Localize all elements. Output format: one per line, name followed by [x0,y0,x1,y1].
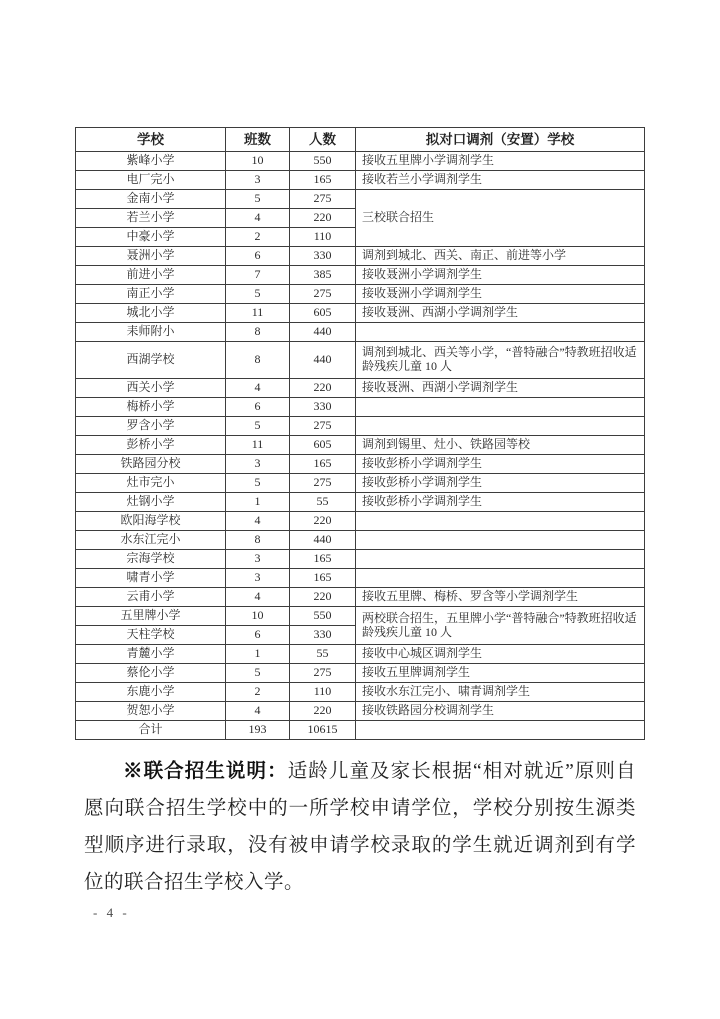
cell-classes: 5 [226,664,290,683]
table-row: 前进小学7385接收聂洲小学调剂学生 [76,266,645,285]
cell-school: 城北小学 [76,304,226,323]
cell-school: 青麓小学 [76,645,226,664]
enrollment-table: 学校 班数 人数 拟对口调剂（安置）学校 紫峰小学10550接收五里牌小学调剂学… [75,127,645,740]
cell-students: 110 [290,683,356,702]
cell-school: 啸青小学 [76,569,226,588]
table-row: 水东江完小8440 [76,531,645,550]
cell-remark: 接收五里牌调剂学生 [356,664,645,683]
table-row: 东鹿小学2110接收水东江完小、啸青调剂学生 [76,683,645,702]
cell-school: 西关小学 [76,379,226,398]
cell-school: 宗海学校 [76,550,226,569]
cell-school: 天柱学校 [76,626,226,645]
table-row: 西关小学4220接收聂洲、西湖小学调剂学生 [76,379,645,398]
cell-classes: 6 [226,247,290,266]
cell-classes: 3 [226,171,290,190]
table-row: 青麓小学155接收中心城区调剂学生 [76,645,645,664]
cell-students: 605 [290,436,356,455]
cell-school: 水东江完小 [76,531,226,550]
cell-students: 55 [290,645,356,664]
cell-remark: 接收铁路园分校调剂学生 [356,702,645,721]
cell-students: 220 [290,209,356,228]
cell-school: 欧阳海学校 [76,512,226,531]
cell-school: 前进小学 [76,266,226,285]
cell-classes: 2 [226,683,290,702]
cell-school: 五里牌小学 [76,607,226,626]
cell-school: 灶市完小 [76,474,226,493]
cell-school: 合计 [76,721,226,740]
cell-classes: 5 [226,285,290,304]
table-total-row: 合计19310615 [76,721,645,740]
cell-students: 110 [290,228,356,247]
cell-remark: 接收若兰小学调剂学生 [356,171,645,190]
cell-school: 铁路园分校 [76,455,226,474]
cell-remark: 三校联合招生 [356,190,645,247]
cell-school: 云甫小学 [76,588,226,607]
cell-students: 10615 [290,721,356,740]
cell-remark [356,398,645,417]
table-row: 罗含小学5275 [76,417,645,436]
cell-students: 440 [290,342,356,379]
table-row: 贺恕小学4220接收铁路园分校调剂学生 [76,702,645,721]
cell-students: 605 [290,304,356,323]
cell-classes: 1 [226,645,290,664]
table-row: 西湖学校8440调剂到城北、西关等小学，“普特融合”特教班招收适龄残疾儿童 10… [76,342,645,379]
cell-classes: 8 [226,342,290,379]
cell-classes: 4 [226,209,290,228]
cell-classes: 6 [226,398,290,417]
cell-remark: 调剂到锡里、灶小、铁路园等校 [356,436,645,455]
table-row: 蔡伦小学5275接收五里牌调剂学生 [76,664,645,683]
cell-classes: 5 [226,474,290,493]
cell-school: 蔡伦小学 [76,664,226,683]
cell-classes: 4 [226,379,290,398]
cell-students: 55 [290,493,356,512]
cell-students: 440 [290,531,356,550]
cell-classes: 10 [226,607,290,626]
cell-students: 385 [290,266,356,285]
cell-school: 西湖学校 [76,342,226,379]
cell-remark: 两校联合招生，五里牌小学“普特融合”特教班招收适龄残疾儿童 10 人 [356,607,645,645]
cell-remark: 接收彭桥小学调剂学生 [356,455,645,474]
cell-remark [356,417,645,436]
cell-classes: 5 [226,190,290,209]
table-header-row: 学校 班数 人数 拟对口调剂（安置）学校 [76,128,645,152]
cell-school: 南正小学 [76,285,226,304]
cell-classes: 3 [226,455,290,474]
cell-students: 330 [290,247,356,266]
table-row: 梅桥小学6330 [76,398,645,417]
cell-students: 275 [290,190,356,209]
cell-classes: 7 [226,266,290,285]
cell-classes: 3 [226,550,290,569]
cell-remark [356,323,645,342]
cell-school: 耒师附小 [76,323,226,342]
cell-remark: 调剂到城北、西关、南正、前进等小学 [356,247,645,266]
cell-classes: 3 [226,569,290,588]
cell-students: 220 [290,702,356,721]
cell-classes: 4 [226,588,290,607]
cell-school: 梅桥小学 [76,398,226,417]
cell-students: 165 [290,455,356,474]
cell-remark: 接收彭桥小学调剂学生 [356,474,645,493]
cell-school: 东鹿小学 [76,683,226,702]
table-row: 彭桥小学11605调剂到锡里、灶小、铁路园等校 [76,436,645,455]
table-row: 电厂完小3165接收若兰小学调剂学生 [76,171,645,190]
table-row: 宗海学校3165 [76,550,645,569]
cell-students: 165 [290,569,356,588]
cell-classes: 10 [226,152,290,171]
cell-school: 紫峰小学 [76,152,226,171]
page-number: - 4 - [93,905,130,921]
cell-classes: 11 [226,304,290,323]
col-header-classes: 班数 [226,128,290,152]
cell-students: 330 [290,398,356,417]
cell-remark: 接收聂洲小学调剂学生 [356,266,645,285]
cell-students: 330 [290,626,356,645]
table-row: 城北小学11605接收聂洲、西湖小学调剂学生 [76,304,645,323]
table-row: 五里牌小学10550两校联合招生，五里牌小学“普特融合”特教班招收适龄残疾儿童 … [76,607,645,626]
table-row: 紫峰小学10550接收五里牌小学调剂学生 [76,152,645,171]
cell-students: 275 [290,664,356,683]
cell-remark: 接收五里牌、梅桥、罗含等小学调剂学生 [356,588,645,607]
col-header-remark: 拟对口调剂（安置）学校 [356,128,645,152]
cell-remark: 接收彭桥小学调剂学生 [356,493,645,512]
cell-school: 中豪小学 [76,228,226,247]
cell-students: 220 [290,379,356,398]
document-page: 学校 班数 人数 拟对口调剂（安置）学校 紫峰小学10550接收五里牌小学调剂学… [0,0,720,1019]
cell-students: 550 [290,607,356,626]
cell-remark: 接收聂洲、西湖小学调剂学生 [356,304,645,323]
cell-classes: 2 [226,228,290,247]
cell-classes: 6 [226,626,290,645]
cell-remark: 接收水东江完小、啸青调剂学生 [356,683,645,702]
cell-remark: 接收聂洲小学调剂学生 [356,285,645,304]
table-row: 铁路园分校3165接收彭桥小学调剂学生 [76,455,645,474]
table-row: 耒师附小8440 [76,323,645,342]
cell-school: 罗含小学 [76,417,226,436]
cell-classes: 4 [226,512,290,531]
cell-remark: 调剂到城北、西关等小学，“普特融合”特教班招收适龄残疾儿童 10 人 [356,342,645,379]
cell-classes: 193 [226,721,290,740]
table-row: 啸青小学3165 [76,569,645,588]
table-row: 欧阳海学校4220 [76,512,645,531]
cell-school: 聂洲小学 [76,247,226,266]
cell-school: 灶钢小学 [76,493,226,512]
cell-students: 440 [290,323,356,342]
table-row: 聂洲小学6330调剂到城北、西关、南正、前进等小学 [76,247,645,266]
cell-remark [356,550,645,569]
cell-classes: 8 [226,323,290,342]
table-row: 云甫小学4220接收五里牌、梅桥、罗含等小学调剂学生 [76,588,645,607]
cell-school: 电厂完小 [76,171,226,190]
cell-school: 若兰小学 [76,209,226,228]
cell-students: 165 [290,550,356,569]
table-row: 灶市完小5275接收彭桥小学调剂学生 [76,474,645,493]
cell-students: 275 [290,417,356,436]
cell-classes: 4 [226,702,290,721]
cell-remark [356,721,645,740]
cell-remark: 接收中心城区调剂学生 [356,645,645,664]
joint-enrollment-note: ※联合招生说明：适龄儿童及家长根据“相对就近”原则自愿向联合招生学校中的一所学校… [84,753,636,901]
cell-classes: 5 [226,417,290,436]
cell-remark [356,512,645,531]
cell-school: 贺恕小学 [76,702,226,721]
cell-students: 165 [290,171,356,190]
cell-students: 275 [290,285,356,304]
cell-students: 220 [290,588,356,607]
cell-classes: 1 [226,493,290,512]
cell-school: 金南小学 [76,190,226,209]
cell-remark [356,569,645,588]
cell-students: 220 [290,512,356,531]
cell-remark: 接收聂洲、西湖小学调剂学生 [356,379,645,398]
table-row: 南正小学5275接收聂洲小学调剂学生 [76,285,645,304]
note-lead: ※联合招生说明： [123,761,288,782]
cell-classes: 11 [226,436,290,455]
cell-remark [356,531,645,550]
col-header-school: 学校 [76,128,226,152]
col-header-students: 人数 [290,128,356,152]
cell-students: 550 [290,152,356,171]
table-row: 金南小学5275三校联合招生 [76,190,645,209]
table-row: 灶钢小学155接收彭桥小学调剂学生 [76,493,645,512]
cell-classes: 8 [226,531,290,550]
cell-school: 彭桥小学 [76,436,226,455]
cell-remark: 接收五里牌小学调剂学生 [356,152,645,171]
cell-students: 275 [290,474,356,493]
